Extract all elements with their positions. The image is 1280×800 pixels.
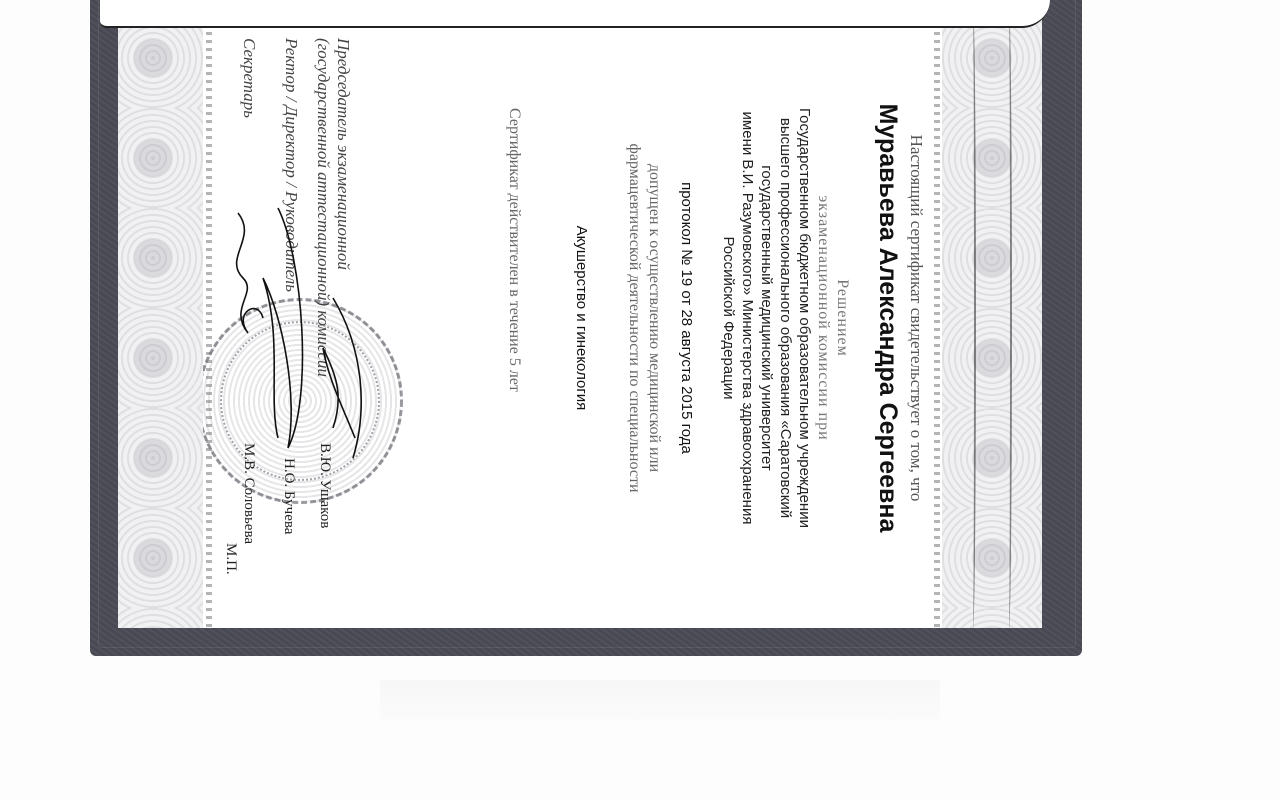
chairman-name: В.Ю. Ушаков: [316, 443, 333, 528]
decision-label: Решением: [833, 48, 851, 588]
dotted-border: [206, 8, 212, 628]
secretary-signature: [218, 208, 268, 348]
rector-name: Н.О. Бучева: [280, 458, 297, 534]
chairman-signature: [313, 288, 373, 468]
organization-line: имени В.И. Разумовского» Министерства зд…: [738, 48, 757, 588]
organization-line: государственный медицинский университет: [757, 48, 776, 588]
admission-line: фармацевтической деятельности по специал…: [624, 48, 644, 588]
organization-line: Российской Федерации: [719, 48, 738, 588]
admission-line: допущен к осуществлению медицинской или: [644, 48, 664, 588]
intro-text: Настоящий сертификат свидетельствует о т…: [906, 48, 926, 588]
ornament-line: [1006, 8, 1012, 628]
certificate-sheet: Настоящий сертификат свидетельствует о т…: [118, 8, 1042, 628]
specialty: Акушерство и гинекология: [573, 48, 590, 588]
guilloche-strip-top: [942, 8, 1042, 628]
scan-shadow: [380, 680, 940, 720]
secretary-role: Секретарь: [239, 38, 259, 118]
organization-line: Государственном бюджетном образовательно…: [795, 48, 814, 588]
signatures-block: Председатель экзаменационной (государств…: [213, 48, 363, 588]
commission-label: экзаменационной комиссии при: [814, 48, 832, 588]
certificate-body: Настоящий сертификат свидетельствует о т…: [213, 48, 932, 588]
seal-label: М.П.: [222, 543, 239, 575]
validity-text: Сертификат действителен в течение 5 лет: [505, 48, 523, 588]
secretary-name: М.В. Соловьева: [240, 443, 257, 544]
organization-line: высшего профессионального образования «С…: [776, 48, 795, 588]
guilloche-strip-bottom: [118, 8, 203, 628]
holder-name: Муравьева Александра Сергеевна: [873, 48, 902, 588]
organization-name: Государственном бюджетном образовательно…: [719, 48, 814, 588]
dotted-border: [934, 8, 940, 628]
protocol-number: протокол № 19 от 28 августа 2015 года: [678, 48, 695, 588]
ornament-line: [970, 8, 976, 628]
admission-text: допущен к осуществлению медицинской или …: [624, 48, 664, 588]
certificate-sheet-wrapper: Настоящий сертификат свидетельствует о т…: [118, 8, 1042, 628]
page-fold-edge: [100, 0, 1050, 28]
